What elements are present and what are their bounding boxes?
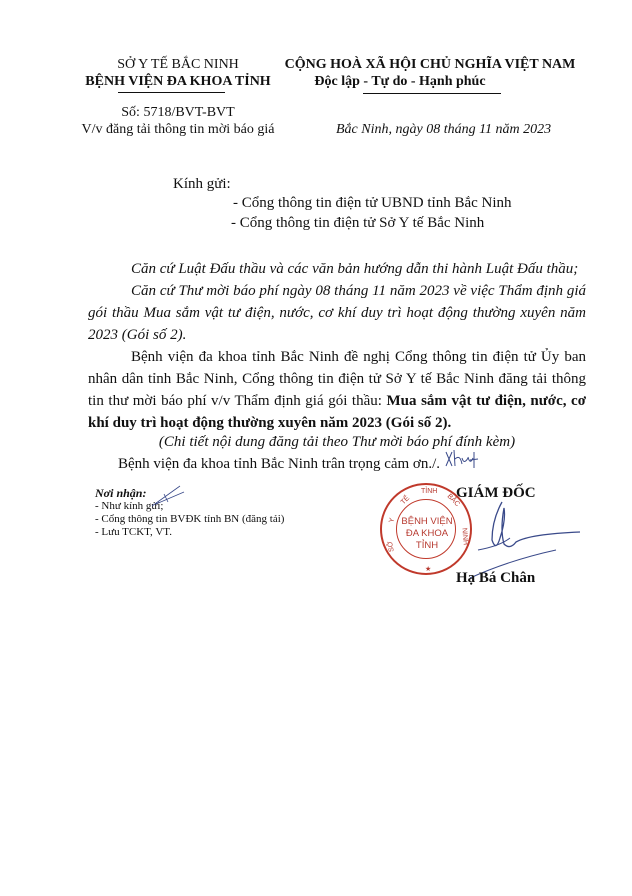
attachment-note: (Chi tiết nội dung đăng tải theo Thư mời…: [88, 434, 586, 451]
thanks-line: Bệnh viện đa khoa tỉnh Bắc Ninh trân trọ…: [118, 456, 440, 473]
hospital-name-underline: [118, 92, 225, 93]
director-signature: [470, 500, 590, 580]
document-subject: V/v đăng tải thông tin mời báo giá: [68, 122, 288, 138]
distribution-label: Nơi nhận:: [95, 486, 146, 501]
distribution-item: - Lưu TCKT, VT.: [95, 526, 172, 538]
signatory-name: Hạ Bá Chân: [456, 570, 535, 587]
place-date: Bắc Ninh, ngày 08 tháng 11 năm 2023: [336, 122, 551, 138]
request-paragraph: Bệnh viện đa khoa tỉnh Bắc Ninh đề nghị …: [88, 346, 586, 434]
recipient-item: - Cổng thông tin điện tử UBND tỉnh Bắc N…: [233, 195, 512, 212]
distribution-item: - Cổng thông tin BVĐK tỉnh BN (đăng tải): [95, 513, 284, 525]
hospital-name: BỆNH VIỆN ĐA KHOA TỈNH: [68, 74, 288, 90]
document-number: Số: 5718/BVT-BVT: [78, 105, 278, 121]
recipient-item: - Cổng thông tin điện tử Sở Y tế Bắc Nin…: [231, 215, 484, 232]
motto-underline: [363, 93, 501, 94]
legal-basis-1: Căn cứ Luật Đấu thầu và các văn bản hướn…: [88, 258, 586, 280]
national-title: CỘNG HOÀ XÃ HỘI CHỦ NGHĨA VIỆT NAM: [280, 57, 580, 73]
initials-signature: [444, 448, 484, 470]
recipients-label: Kính gửi:: [173, 176, 231, 193]
scribble-mark: [150, 484, 190, 508]
national-motto: Độc lập - Tự do - Hạnh phúc: [280, 74, 520, 90]
legal-basis-2: Căn cứ Thư mời báo phí ngày 08 tháng 11 …: [88, 280, 586, 346]
stamp-text: BỆNH VIỆN ĐA KHOA TỈNH: [397, 516, 457, 552]
department-name: SỞ Y TẾ BẮC NINH: [78, 57, 278, 73]
